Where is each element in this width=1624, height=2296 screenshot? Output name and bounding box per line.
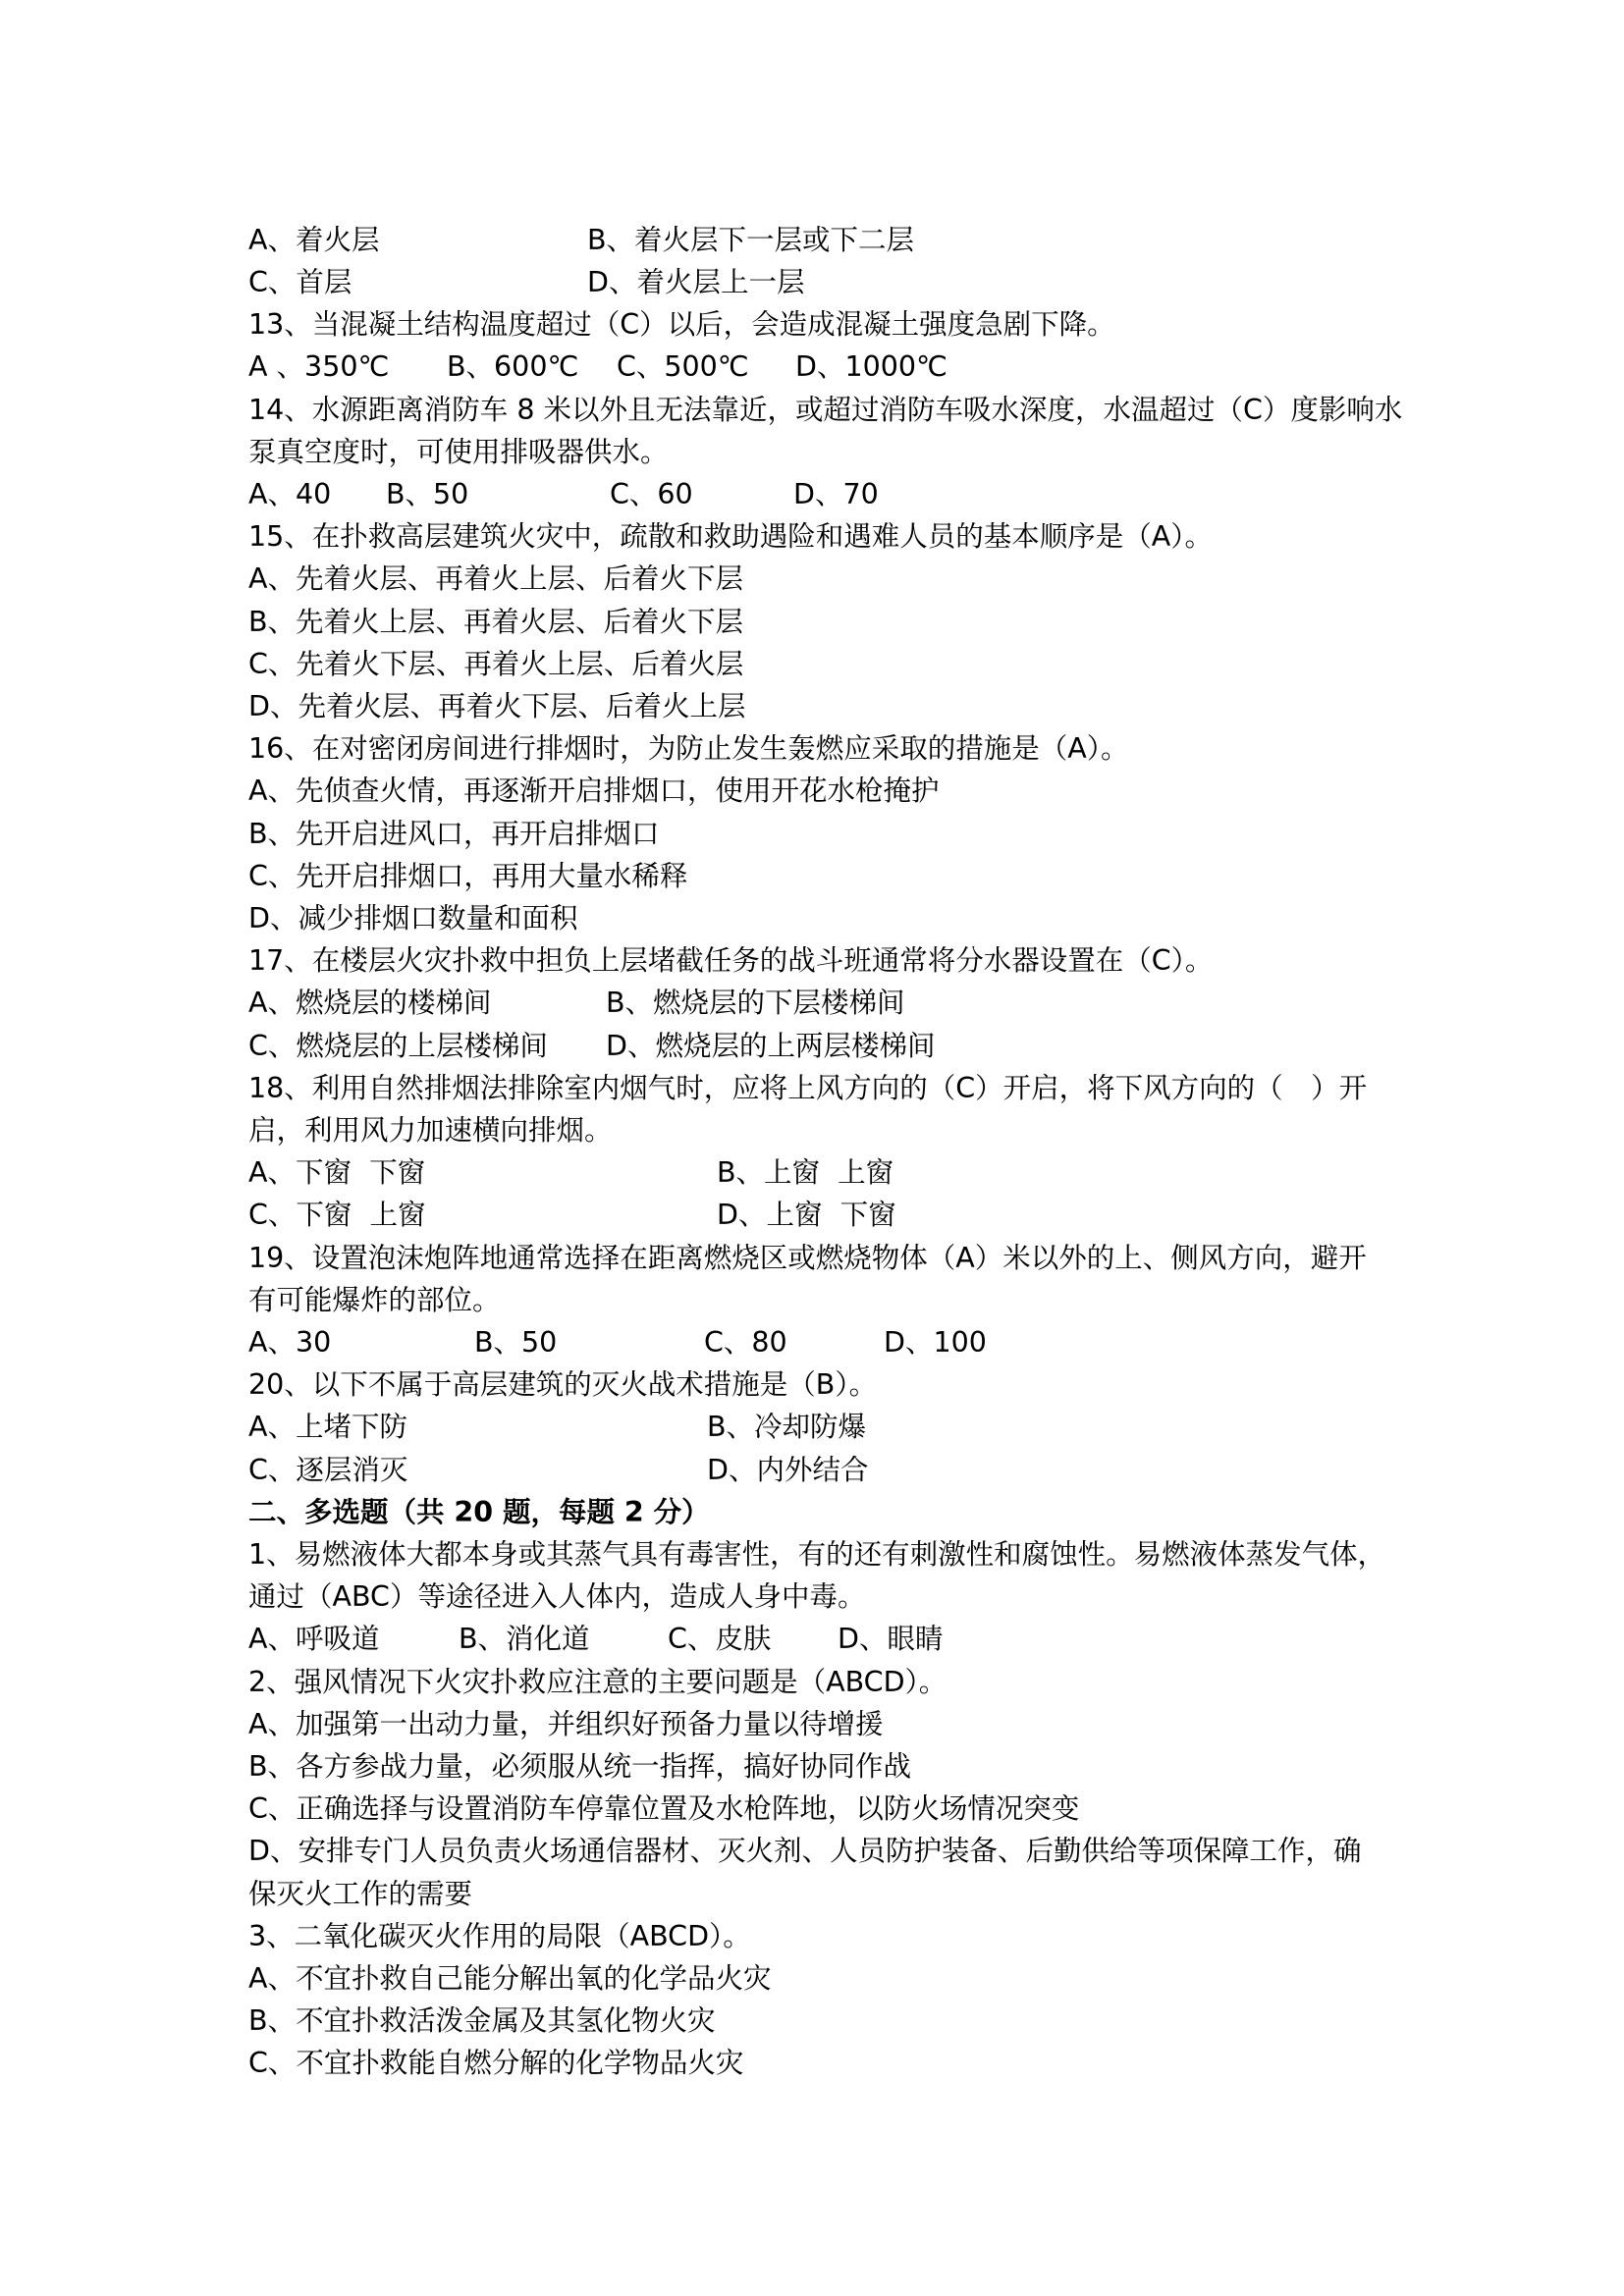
text-segment: A、不宜扑救自己能分解出氧的化学品火灾	[248, 1957, 772, 2000]
text-segment: D、燃烧层的上两层楼梯间	[606, 1025, 935, 1067]
exam-document-page: A、着火层B、着火层下一层或下二层C、首层D、着火层上一层13、当混凝土结构温度…	[0, 0, 1624, 2296]
document-line: D、先着火层、再着火下层、后着火上层	[0, 685, 1624, 727]
document-line: 15、在扑救高层建筑火灾中，疏散和救助遇险和遇难人员的基本顺序是（A）。	[0, 515, 1624, 558]
text-segment: A、加强第一出动力量，并组织好预备力量以待增援	[248, 1703, 884, 1745]
document-line: 有可能爆炸的部位。	[0, 1279, 1624, 1321]
text-segment: C、正确选择与设置消防车停靠位置及水枪阵地，以防火场情况突变	[248, 1788, 1079, 1830]
section-heading-line: 二、多选题（共 20 题，每题 2 分）	[0, 1491, 1624, 1533]
document-line: 通过（ABC）等途径进入人体内，造成人身中毒。	[0, 1575, 1624, 1618]
document-line: 13、当混凝土结构温度超过（C）以后，会造成混凝土强度急剧下降。	[0, 303, 1624, 346]
text-segment: 16、在对密闭房间进行排烟时，为防止发生轰燃应采取的措施是（A）。	[248, 727, 1129, 770]
document-line: 14、水源距离消防车 8 米以外且无法靠近，或超过消防车吸水深度，水温超过（C）…	[0, 389, 1624, 431]
text-segment: D、先着火层、再着火下层、后着火上层	[248, 685, 745, 727]
text-segment: 3、二氧化碳灭火作用的局限（ABCD）。	[248, 1915, 751, 1957]
document-line: B、不宜扑救活泼金属及其氢化物火灾	[0, 2000, 1624, 2042]
document-line: A、着火层B、着火层下一层或下二层	[0, 219, 1624, 261]
document-line: A 、350℃B、600℃C、500℃D、1000℃	[0, 346, 1624, 388]
text-segment: 泵真空度时，可使用排吸器供水。	[248, 431, 669, 473]
document-line: C、正确选择与设置消防车停靠位置及水枪阵地，以防火场情况突变	[0, 1788, 1624, 1830]
text-segment: D、70	[793, 473, 879, 515]
text-segment: 19、设置泡沫炮阵地通常选择在距离燃烧区或燃烧物体（A）米以外的上、侧风方向，避…	[248, 1237, 1367, 1279]
text-segment: D、100	[884, 1321, 987, 1363]
document-line: A、下窗 下窗B、上窗 上窗	[0, 1151, 1624, 1194]
text-segment: C、先开启排烟口，再用大量水稀释	[248, 855, 687, 897]
document-line: C、下窗 上窗D、上窗 下窗	[0, 1194, 1624, 1236]
document-line: 18、利用自然排烟法排除室内烟气时，应将上风方向的（C）开启，将下风方向的（ ）…	[0, 1067, 1624, 1109]
document-line: B、先着火上层、再着火层、后着火下层	[0, 601, 1624, 643]
text-segment: 18、利用自然排烟法排除室内烟气时，应将上风方向的（C）开启，将下风方向的（ ）…	[248, 1067, 1367, 1109]
text-segment: C、下窗 上窗	[248, 1194, 426, 1236]
document-line: A、上堵下防B、冷却防爆	[0, 1406, 1624, 1448]
text-segment: A、呼吸道	[248, 1618, 380, 1660]
document-line: 17、在楼层火灾扑救中担负上层堵截任务的战斗班通常将分水器设置在（C）。	[0, 939, 1624, 982]
text-segment: C、不宜扑救能自燃分解的化学物品火灾	[248, 2042, 743, 2084]
text-segment: B、冷却防爆	[707, 1406, 866, 1448]
text-segment: C、皮肤	[668, 1618, 771, 1660]
text-segment: A、先侦查火情，再逐渐开启排烟口，使用开花水枪掩护	[248, 770, 940, 812]
text-segment: D、眼睛	[838, 1618, 943, 1660]
document-line: C、首层D、着火层上一层	[0, 261, 1624, 303]
document-line: A、加强第一出动力量，并组织好预备力量以待增援	[0, 1703, 1624, 1745]
text-segment: C、500℃	[617, 346, 749, 388]
document-line: C、先开启排烟口，再用大量水稀释	[0, 855, 1624, 897]
text-segment: A、40	[248, 473, 331, 515]
text-segment: 15、在扑救高层建筑火灾中，疏散和救助遇险和遇难人员的基本顺序是（A）。	[248, 515, 1213, 558]
document-line: C、先着火下层、再着火上层、后着火层	[0, 643, 1624, 685]
text-segment: B、着火层下一层或下二层	[587, 219, 914, 261]
text-segment: B、先开启进风口，再开启排烟口	[248, 813, 660, 855]
text-segment: D、着火层上一层	[587, 261, 804, 303]
document-line: 3、二氧化碳灭火作用的局限（ABCD）。	[0, 1915, 1624, 1957]
text-segment: 17、在楼层火灾扑救中担负上层堵截任务的战斗班通常将分水器设置在（C）。	[248, 939, 1213, 982]
text-segment: A、先着火层、再着火上层、后着火下层	[248, 558, 743, 600]
text-segment: 1、易燃液体大都本身或其蒸气具有毒害性，有的还有刺激性和腐蚀性。易燃液体蒸发气体…	[248, 1533, 1385, 1575]
text-segment: B、上窗 上窗	[717, 1151, 893, 1194]
text-segment: 通过（ABC）等途径进入人体内，造成人身中毒。	[248, 1575, 865, 1618]
text-segment: D、减少排烟口数量和面积	[248, 897, 577, 939]
text-segment: A、30	[248, 1321, 331, 1363]
text-segment: A、燃烧层的楼梯间	[248, 982, 492, 1024]
document-line: D、减少排烟口数量和面积	[0, 897, 1624, 939]
text-segment: C、逐层消灭	[248, 1449, 407, 1491]
text-segment: D、安排专门人员负责火场通信器材、灭火剂、人员防护装备、后勤供给等项保障工作，确	[248, 1830, 1361, 1872]
document-line: 16、在对密闭房间进行排烟时，为防止发生轰燃应采取的措施是（A）。	[0, 727, 1624, 770]
text-segment: B、消化道	[459, 1618, 590, 1660]
document-line: C、逐层消灭D、内外结合	[0, 1449, 1624, 1491]
text-segment: B、50	[386, 473, 468, 515]
text-segment: D、内外结合	[707, 1449, 868, 1491]
document-line: 2、强风情况下火灾扑救应注意的主要问题是（ABCD）。	[0, 1661, 1624, 1703]
document-line: D、安排专门人员负责火场通信器材、灭火剂、人员防护装备、后勤供给等项保障工作，确	[0, 1830, 1624, 1872]
text-segment: C、先着火下层、再着火上层、后着火层	[248, 643, 743, 685]
text-segment: 有可能爆炸的部位。	[248, 1279, 501, 1321]
text-segment: A、下窗 下窗	[248, 1151, 425, 1194]
document-line: C、燃烧层的上层楼梯间D、燃烧层的上两层楼梯间	[0, 1025, 1624, 1067]
document-line: A、先侦查火情，再逐渐开启排烟口，使用开花水枪掩护	[0, 770, 1624, 812]
document-line: 保灭火工作的需要	[0, 1873, 1624, 1915]
text-segment: B、600℃	[447, 346, 578, 388]
text-segment: C、80	[704, 1321, 787, 1363]
text-segment: 保灭火工作的需要	[248, 1873, 472, 1915]
text-segment: B、先着火上层、再着火层、后着火下层	[248, 601, 743, 643]
document-line: 19、设置泡沫炮阵地通常选择在距离燃烧区或燃烧物体（A）米以外的上、侧风方向，避…	[0, 1237, 1624, 1279]
text-segment: B、各方参战力量，必须服从统一指挥，搞好协同作战	[248, 1745, 911, 1788]
document-line: 泵真空度时，可使用排吸器供水。	[0, 431, 1624, 473]
text-segment: A、上堵下防	[248, 1406, 407, 1448]
document-line: A、30B、50C、80D、100	[0, 1321, 1624, 1363]
document-line: B、先开启进风口，再开启排烟口	[0, 813, 1624, 855]
text-segment: 20、以下不属于高层建筑的灭火战术措施是（B）。	[248, 1363, 877, 1406]
document-line: A、呼吸道B、消化道C、皮肤D、眼睛	[0, 1618, 1624, 1660]
document-line: A、40B、50C、60D、70	[0, 473, 1624, 515]
text-segment: C、燃烧层的上层楼梯间	[248, 1025, 548, 1067]
text-segment: 14、水源距离消防车 8 米以外且无法靠近，或超过消防车吸水深度，水温超过（C）…	[248, 389, 1402, 431]
text-segment: B、燃烧层的下层楼梯间	[606, 982, 905, 1024]
document-line: A、不宜扑救自己能分解出氧的化学品火灾	[0, 1957, 1624, 2000]
text-segment: B、50	[474, 1321, 557, 1363]
document-line: A、先着火层、再着火上层、后着火下层	[0, 558, 1624, 600]
text-segment: B、不宜扑救活泼金属及其氢化物火灾	[248, 2000, 716, 2042]
document-line: B、各方参战力量，必须服从统一指挥，搞好协同作战	[0, 1745, 1624, 1788]
text-segment: D、上窗 下窗	[717, 1194, 896, 1236]
document-line: C、不宜扑救能自燃分解的化学物品火灾	[0, 2042, 1624, 2084]
text-segment: 二、多选题（共 20 题，每题 2 分）	[248, 1491, 710, 1533]
text-segment: 2、强风情况下火灾扑救应注意的主要问题是（ABCD）。	[248, 1661, 947, 1703]
text-segment: 13、当混凝土结构温度超过（C）以后，会造成混凝土强度急剧下降。	[248, 303, 1115, 346]
text-segment: A 、350℃	[248, 346, 389, 388]
document-line: A、燃烧层的楼梯间B、燃烧层的下层楼梯间	[0, 982, 1624, 1024]
document-line: 启，利用风力加速横向排烟。	[0, 1109, 1624, 1151]
text-segment: D、1000℃	[795, 346, 947, 388]
text-segment: 启，利用风力加速横向排烟。	[248, 1109, 613, 1151]
text-segment: A、着火层	[248, 219, 380, 261]
text-segment: C、60	[610, 473, 693, 515]
document-content: A、着火层B、着火层下一层或下二层C、首层D、着火层上一层13、当混凝土结构温度…	[0, 0, 1624, 2296]
document-line: 1、易燃液体大都本身或其蒸气具有毒害性，有的还有刺激性和腐蚀性。易燃液体蒸发气体…	[0, 1533, 1624, 1575]
document-line: 20、以下不属于高层建筑的灭火战术措施是（B）。	[0, 1363, 1624, 1406]
text-segment: C、首层	[248, 261, 352, 303]
